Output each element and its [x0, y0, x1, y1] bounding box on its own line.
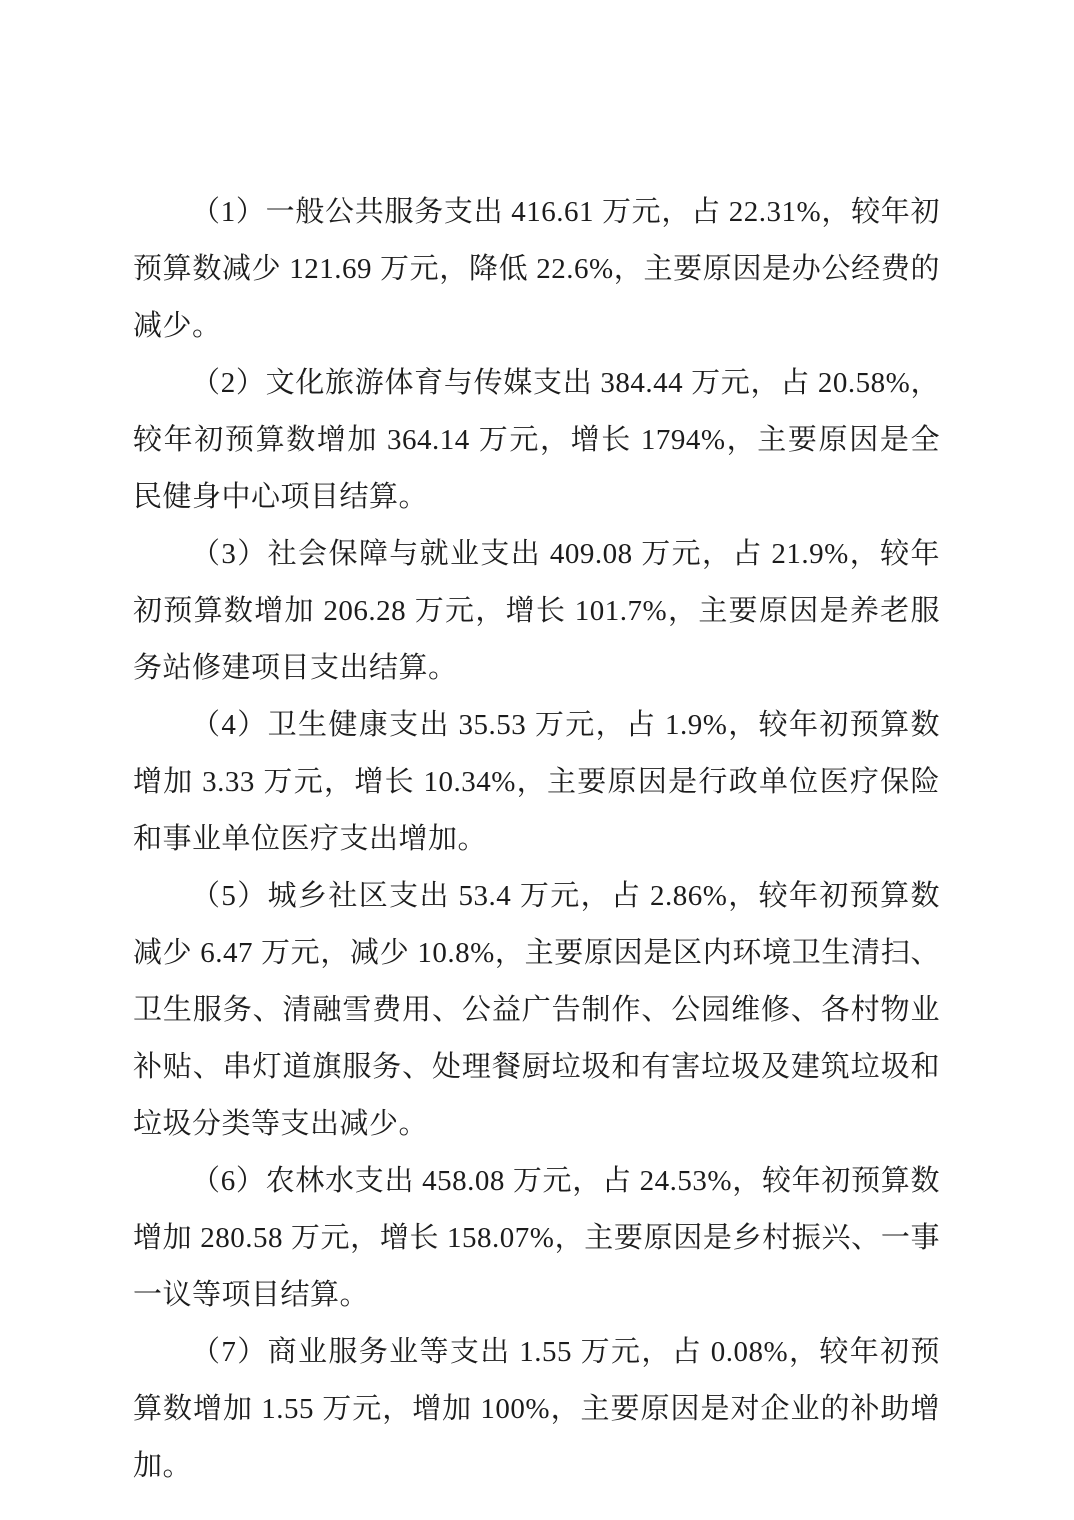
paragraph-urban-rural-community: （5）城乡社区支出 53.4 万元，占 2.86%，较年初预算数减少 6.47 … — [133, 868, 940, 1153]
paragraph-social-security-employment: （3）社会保障与就业支出 409.08 万元，占 21.9%，较年初预算数增加 … — [133, 526, 940, 697]
paragraph-health: （4）卫生健康支出 35.53 万元，占 1.9%，较年初预算数增加 3.33 … — [133, 697, 940, 868]
paragraph-culture-tourism-sports-media: （2）文化旅游体育与传媒支出 384.44 万元，占 20.58%，较年初预算数… — [133, 355, 940, 526]
paragraph-commercial-services: （7）商业服务业等支出 1.55 万元，占 0.08%，较年初预算数增加 1.5… — [133, 1324, 940, 1495]
paragraph-general-public-services: （1）一般公共服务支出 416.61 万元，占 22.31%，较年初预算数减少 … — [133, 184, 940, 355]
document-body: （1）一般公共服务支出 416.61 万元，占 22.31%，较年初预算数减少 … — [133, 184, 940, 1495]
document-page: （1）一般公共服务支出 416.61 万元，占 22.31%，较年初预算数减少 … — [0, 0, 1074, 1520]
paragraph-agriculture-forestry-water: （6）农林水支出 458.08 万元，占 24.53%，较年初预算数增加 280… — [133, 1153, 940, 1324]
